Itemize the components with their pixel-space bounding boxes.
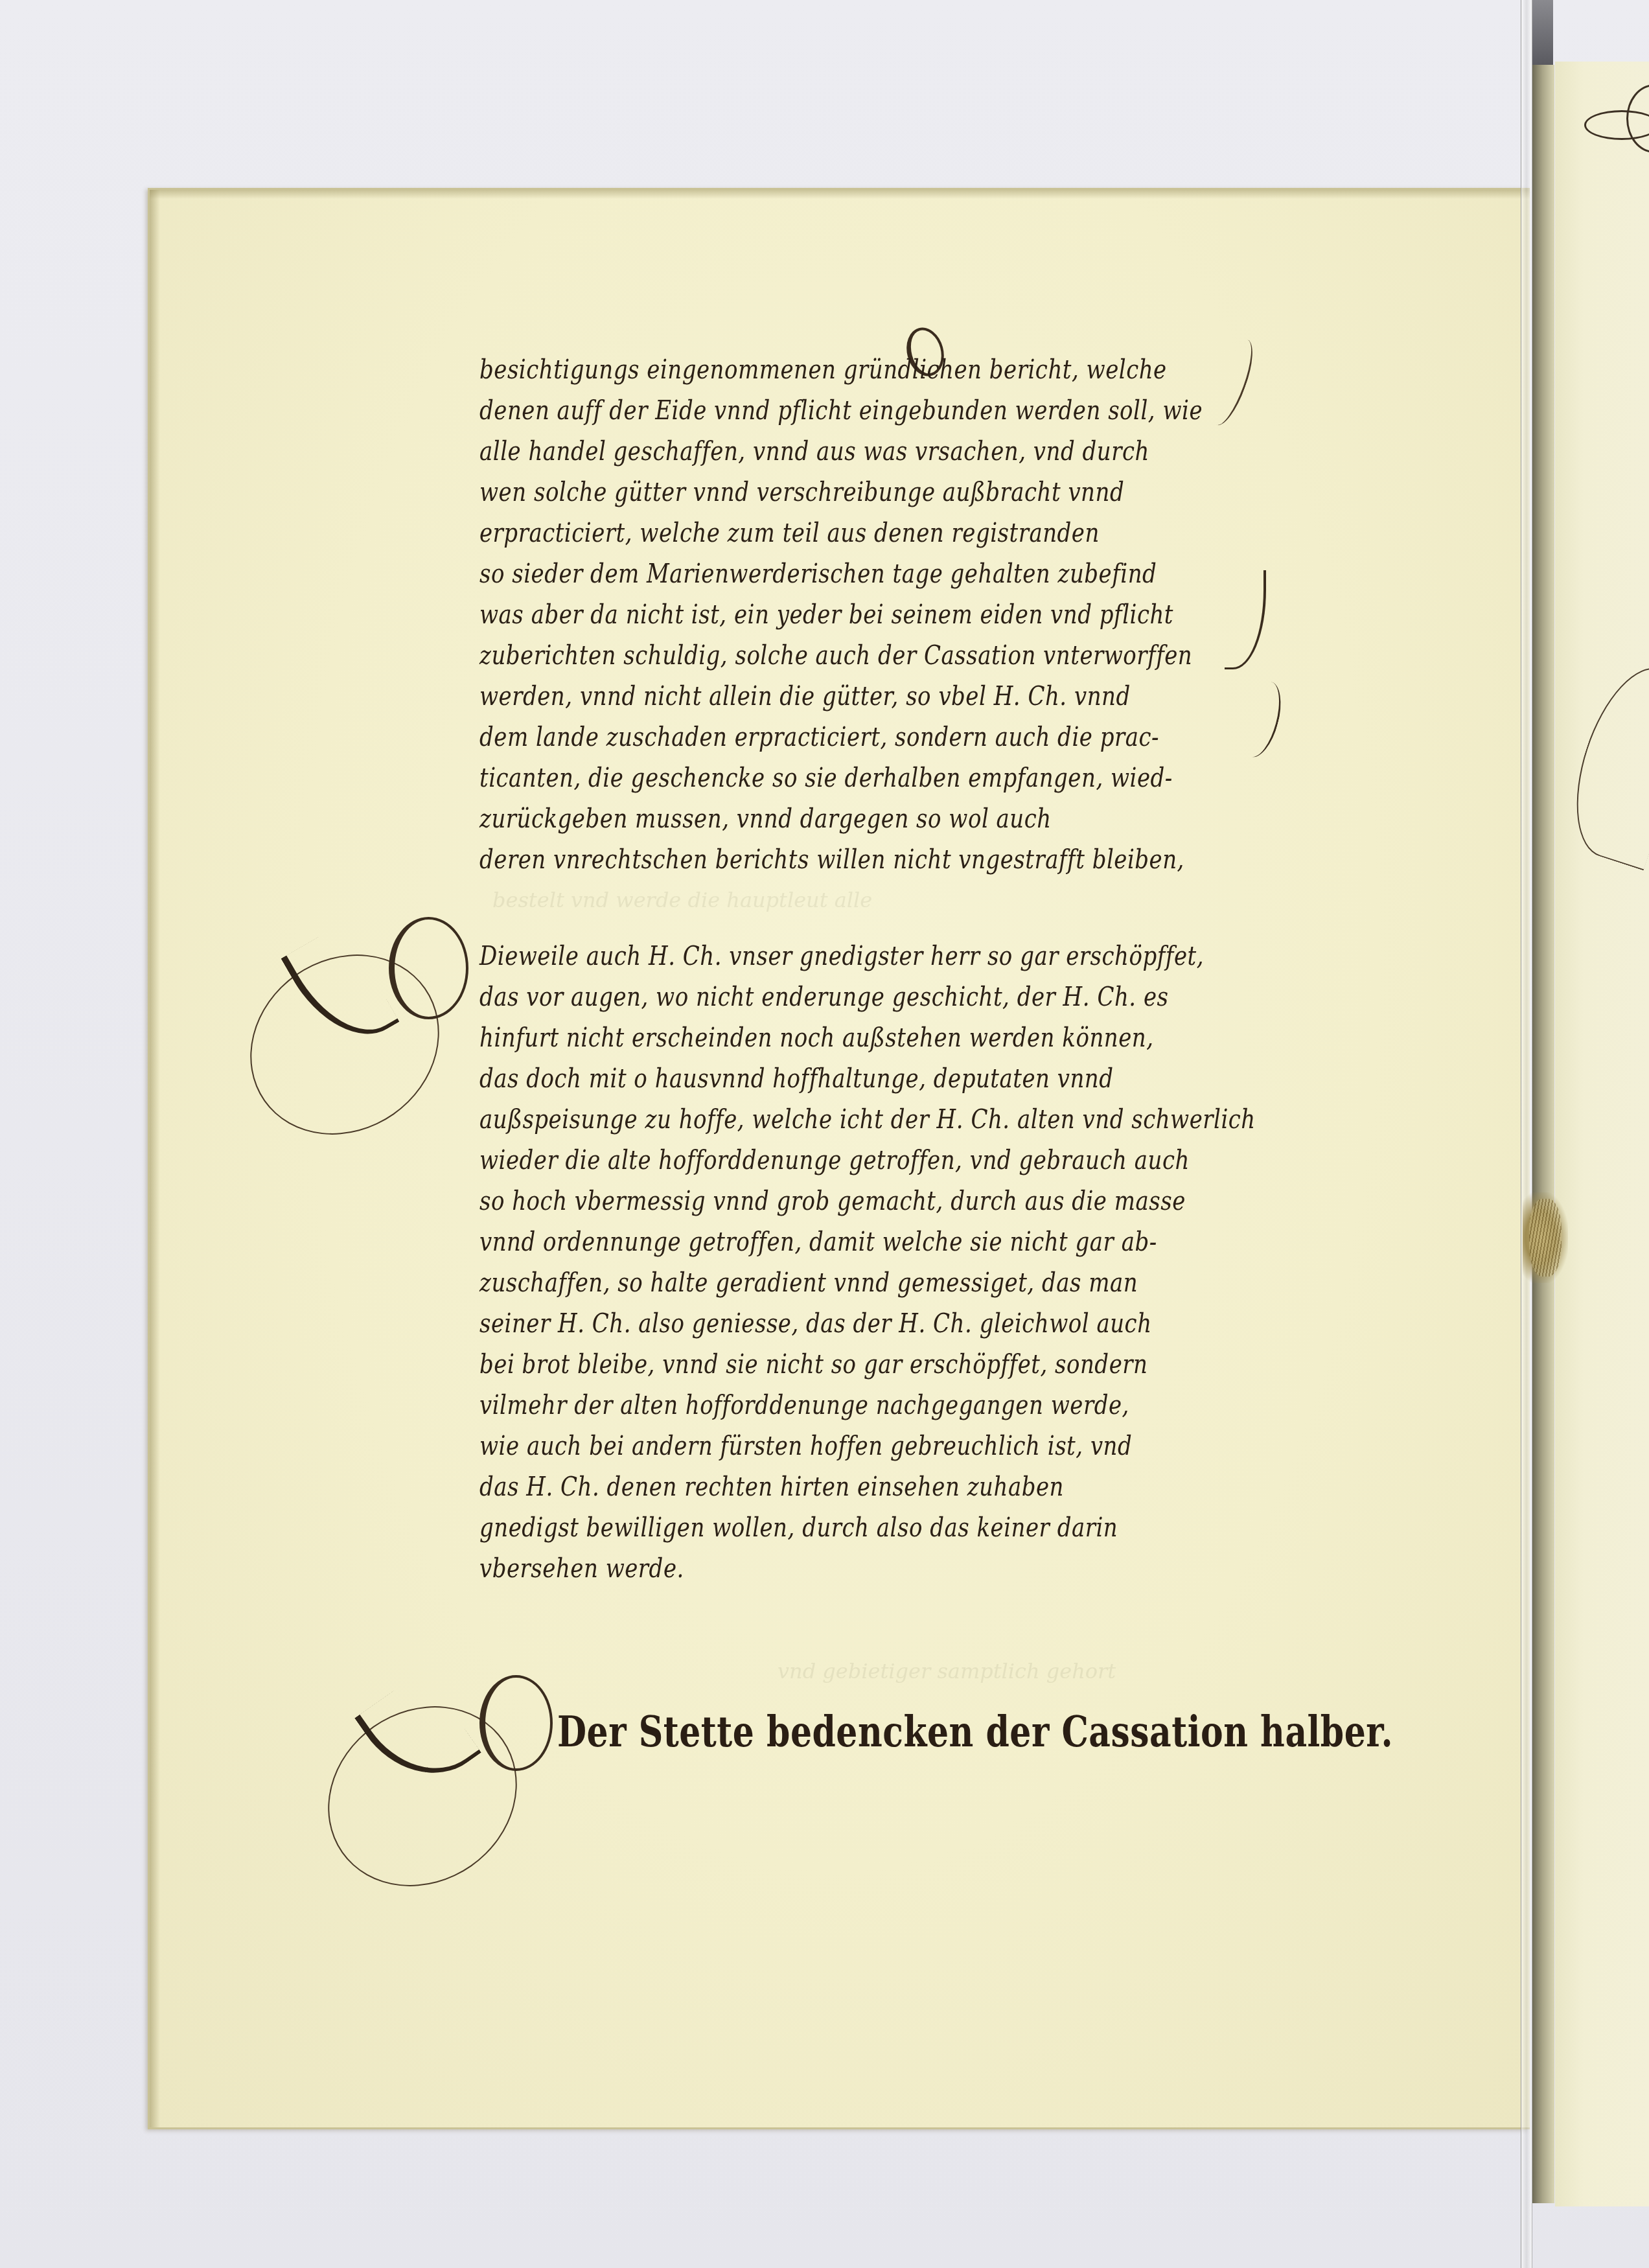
text-line: so sieder dem Marienwerderischen tage ge… — [479, 559, 1157, 590]
text-line: wen solche gütter vnnd verschreibunge au… — [479, 478, 1124, 508]
glass-plate-edge — [1521, 0, 1532, 2268]
heading-initial-bowl-icon — [479, 1675, 553, 1771]
text-line: das H. Ch. denen rechten hirten einsehen… — [479, 1472, 1064, 1503]
text-line: was aber da nicht ist, ein yeder bei sei… — [479, 600, 1173, 631]
text-line: alle handel geschaffen, vnnd aus was vrs… — [479, 437, 1149, 467]
text-line: bei brot bleibe, vnnd sie nicht so gar e… — [479, 1350, 1147, 1380]
section-heading: Der Stette bedencken der Cassation halbe… — [557, 1707, 1393, 1757]
gutter-shadow — [1532, 0, 1553, 65]
bleed-through-text: vnd gebietiger samptlich gehort — [778, 1659, 1116, 1684]
text-line: wie auch bei andern fürsten hoffen gebre… — [479, 1431, 1132, 1462]
text-line: außspeisunge zu hoffe, welche icht der H… — [479, 1105, 1256, 1135]
text-line: wieder die alte hofforddenunge getroffen… — [479, 1146, 1190, 1176]
text-line: zuberichten schuldig, solche auch der Ca… — [479, 641, 1192, 671]
text-line: deren vnrechtschen berichts willen nicht… — [479, 845, 1184, 875]
text-line: denen auff der Eide vnnd pflicht eingebu… — [479, 396, 1203, 426]
text-line: vnnd ordennunge getroffen, damit welche … — [479, 1227, 1157, 1258]
text-line: vilmehr der alten hofforddenunge nachgeg… — [479, 1391, 1129, 1421]
text-line: seiner H. Ch. also geniesse, das der H. … — [479, 1309, 1152, 1339]
initial-d-bowl-icon — [389, 917, 468, 1019]
text-line: zuschaffen, so halte geradient vnnd geme… — [479, 1268, 1138, 1299]
text-line: hinfurt nicht erscheinden noch außstehen… — [479, 1023, 1154, 1054]
text-line: das doch mit o hausvnnd hoffhaltunge, de… — [479, 1064, 1114, 1094]
text-line: das vor augen, wo nicht enderunge geschi… — [479, 982, 1168, 1013]
text-line: Dieweile auch H. Ch. vnser gnedigster he… — [479, 942, 1204, 972]
text-line: besichtigungs eingenommenen gründlichen … — [479, 355, 1167, 386]
binding-thread — [1523, 1192, 1568, 1283]
text-line: vbersehen werde. — [479, 1554, 684, 1584]
text-line: zurückgeben mussen, vnnd dargegen so wol… — [479, 804, 1052, 835]
facing-page-recto — [1555, 62, 1649, 2206]
text-line: ticanten, die geschencke so sie derhalbe… — [479, 763, 1173, 794]
text-line: gnedigst bewilligen wollen, durch also d… — [479, 1513, 1118, 1544]
binding-gutter — [1519, 0, 1565, 2268]
bleed-through-text: bestelt vnd werde die hauptleut alle — [492, 888, 872, 912]
text-line: dem lande zuschaden erpracticiert, sonde… — [479, 723, 1159, 753]
text-line: so hoch vbermessig vnnd grob gemacht, du… — [479, 1186, 1186, 1217]
text-line: erpracticiert, welche zum teil aus denen… — [479, 518, 1100, 549]
page-fold — [1532, 65, 1554, 2203]
text-line: werden, vnnd nicht allein die gütter, so… — [479, 682, 1131, 712]
